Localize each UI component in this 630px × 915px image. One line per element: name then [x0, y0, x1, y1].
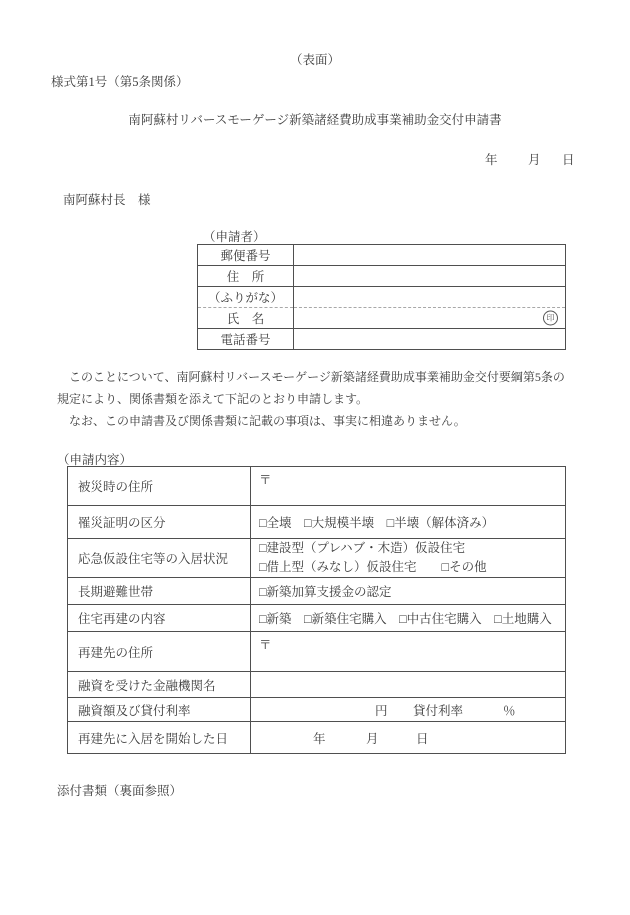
temporary-housing-label: 応急仮設住宅等の入居状況 — [68, 539, 251, 578]
address-field — [294, 266, 566, 287]
application-table: 被災時の住所 〒 罹災証明の区分 □全壊 □大規模半壊 □半壊（解体済み） 応急… — [67, 466, 566, 754]
furigana-field — [294, 287, 566, 308]
table-row: （ふりがな） — [198, 287, 566, 308]
move-in-month-label: 月 — [366, 729, 379, 747]
temporary-housing-option-line2: □借上型（みなし）仮設住宅 □その他 — [259, 558, 565, 577]
phone-label: 電話番号 — [198, 329, 294, 350]
temporary-housing-option-line1: □建設型（プレハブ・木造）仮設住宅 — [259, 539, 565, 558]
applicant-caption: （申請者） — [203, 227, 266, 245]
move-in-date-field: 年 月 日 — [251, 722, 566, 754]
rebuild-address-label: 再建先の住所 — [68, 632, 251, 672]
table-row: 電話番号 — [198, 329, 566, 350]
disaster-certificate-options: □全壊 □大規模半壊 □半壊（解体済み） — [251, 506, 566, 539]
financial-institution-field — [251, 672, 566, 698]
table-row: 再建先の住所 〒 — [68, 632, 566, 672]
table-row: 融資を受けた金融機関名 — [68, 672, 566, 698]
rebuild-address-field: 〒 — [251, 632, 566, 672]
financial-institution-label: 融資を受けた金融機関名 — [68, 672, 251, 698]
damaged-address-label: 被災時の住所 — [68, 467, 251, 506]
side-label: （表面） — [0, 50, 630, 68]
name-field: 印 — [294, 308, 566, 329]
furigana-label: （ふりがな） — [198, 287, 294, 308]
addressee: 南阿蘇村長 様 — [63, 190, 151, 208]
move-in-year-label: 年 — [313, 729, 326, 747]
table-row: 郵便番号 — [198, 245, 566, 266]
lending-rate-label: 貸付利率 — [413, 701, 463, 719]
table-row: 住 所 — [198, 266, 566, 287]
move-in-day-label: 日 — [416, 729, 429, 747]
table-row: 融資額及び貸付利率 円 貸付利率 ％ — [68, 698, 566, 722]
table-row: 住宅再建の内容 □新築 □新築住宅購入 □中古住宅購入 □土地購入 — [68, 605, 566, 632]
table-row: 罹災証明の区分 □全壊 □大規模半壊 □半壊（解体済み） — [68, 506, 566, 539]
document-page: （表面） 様式第1号（第5条関係） 南阿蘇村リバースモーゲージ新築諸経費助成事業… — [0, 0, 630, 915]
table-row: 応急仮設住宅等の入居状況 □建設型（プレハブ・木造）仮設住宅 □借上型（みなし）… — [68, 539, 566, 578]
postal-code-field — [294, 245, 566, 266]
loan-amount-rate-field: 円 貸付利率 ％ — [251, 698, 566, 722]
damaged-address-field: 〒 — [251, 467, 566, 506]
disaster-certificate-label: 罹災証明の区分 — [68, 506, 251, 539]
rebuild-type-label: 住宅再建の内容 — [68, 605, 251, 632]
move-in-date-label: 再建先に入居を開始した日 — [68, 722, 251, 754]
date-day-label: 日 — [562, 150, 575, 168]
seal-mark-icon: 印 — [543, 311, 558, 326]
page-title: 南阿蘇村リバースモーゲージ新築諸経費助成事業補助金交付申請書 — [0, 110, 630, 128]
date-year-label: 年 — [485, 150, 498, 168]
table-row: 被災時の住所 〒 — [68, 467, 566, 506]
temporary-housing-options: □建設型（プレハブ・木造）仮設住宅 □借上型（みなし）仮設住宅 □その他 — [251, 539, 566, 578]
table-row: 再建先に入居を開始した日 年 月 日 — [68, 722, 566, 754]
form-number: 様式第1号（第5条関係） — [51, 72, 189, 90]
long-term-evacuation-label: 長期避難世帯 — [68, 578, 251, 605]
long-term-evacuation-options: □新築加算支援金の認定 — [251, 578, 566, 605]
table-row: 長期避難世帯 □新築加算支援金の認定 — [68, 578, 566, 605]
phone-field — [294, 329, 566, 350]
table-row: 氏 名 印 — [198, 308, 566, 329]
applicant-table: 郵便番号 住 所 （ふりがな） 氏 名 印 電話番号 — [197, 244, 566, 350]
postal-code-label: 郵便番号 — [198, 245, 294, 266]
percent-unit-label: ％ — [503, 701, 516, 719]
date-month-label: 月 — [528, 150, 541, 168]
date-line: 年 月 日 — [0, 150, 630, 166]
address-label: 住 所 — [198, 266, 294, 287]
yen-unit-label: 円 — [375, 701, 388, 719]
attachment-note: 添付書類（裏面参照） — [57, 781, 182, 799]
body-paragraph: このことについて、南阿蘇村リバースモーゲージ新築諸経費助成事業補助金交付要綱第5… — [57, 366, 565, 432]
rebuild-type-options: □新築 □新築住宅購入 □中古住宅購入 □土地購入 — [251, 605, 566, 632]
name-label: 氏 名 — [198, 308, 294, 329]
loan-amount-rate-label: 融資額及び貸付利率 — [68, 698, 251, 722]
